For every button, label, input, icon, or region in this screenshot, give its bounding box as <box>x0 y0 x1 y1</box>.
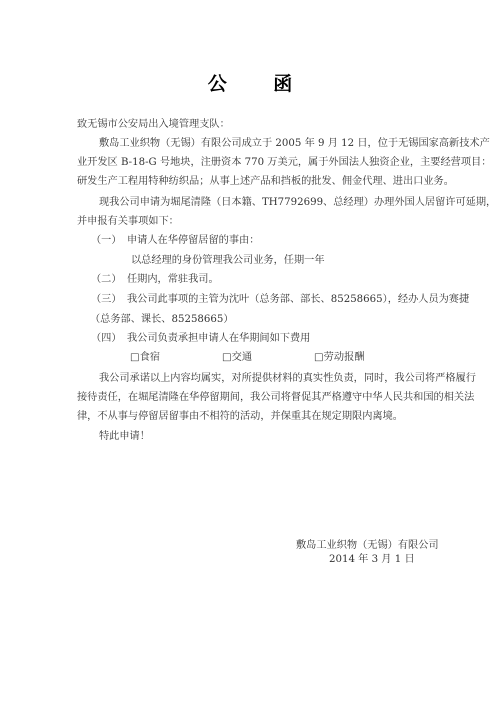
paragraph3-line1: 我公司承诺以上内容均属实，对所提供材料的真实性负责，同时，我公司将严格履行 <box>99 372 421 385</box>
salutation: 致无锡市公安局出入境管理支队： <box>77 118 230 131</box>
item-1-sub: 以总经理的身份管理我公司业务，任期一年 <box>131 254 325 267</box>
paragraph1-line2: 业开发区 B-18-G 号地块，注册资本 770 万美元，属于外国法人独资企业，… <box>77 156 421 169</box>
document-title: 公 函 <box>0 69 500 96</box>
item-4-marker: （四） <box>91 332 122 345</box>
item-4-text: 我公司负责承担申请人在华期间如下费用 <box>127 332 310 345</box>
checkbox-lodging[interactable]: □食宿 <box>130 351 160 364</box>
paragraph2-line2: 并申报有关事项如下： <box>77 215 179 228</box>
signature-date: 2014 年 3 月 1 日 <box>329 553 415 566</box>
document-page: 公 函 致无锡市公安局出入境管理支队： 敷岛工业织物（无锡）有限公司成立于 20… <box>0 0 500 708</box>
closing: 特此申请！ <box>99 430 150 443</box>
item-1-text: 申请人在华停留居留的事由： <box>127 234 259 247</box>
item-2-marker: （二） <box>91 273 122 286</box>
item-3-marker: （三） <box>91 293 122 306</box>
item-1-marker: （一） <box>91 234 122 247</box>
item-3-text: 我公司此事项的主管为沈叶（总务部、部长、85258665），经办人员为赛捷 <box>127 293 469 306</box>
item-2-text: 任期内，常驻我司。 <box>127 273 219 286</box>
signature-company: 敷岛工业织物（无锡）有限公司 <box>296 539 439 552</box>
paragraph3-line2: 接待责任，在堀尾清隆在华停留期间，我公司将督促其严格遵守中华人民共和国的相关法 <box>77 391 421 404</box>
checkbox-transport[interactable]: □交通 <box>222 351 252 364</box>
paragraph1-line1: 敷岛工业织物（无锡）有限公司成立于 2005 年 9 月 12 日，位于无锡国家… <box>99 137 421 150</box>
paragraph3-line3: 律，不从事与停留居留事由不相符的活动，并保重其在规定期限内离境。 <box>77 410 403 423</box>
paragraph2-line1: 现我公司申请为堀尾清隆（日本籍、TH7792699、总经理）办理外国人居留许可延… <box>99 196 421 209</box>
item-3-continuation: （总务部、课长、85258665） <box>90 313 234 326</box>
paragraph1-line3: 研发生产工程用特种纺织品；从事上述产品和挡板的批发、佣金代理、进出口业务。 <box>77 175 454 188</box>
checkbox-labor-pay[interactable]: □劳动报酬 <box>314 351 364 364</box>
